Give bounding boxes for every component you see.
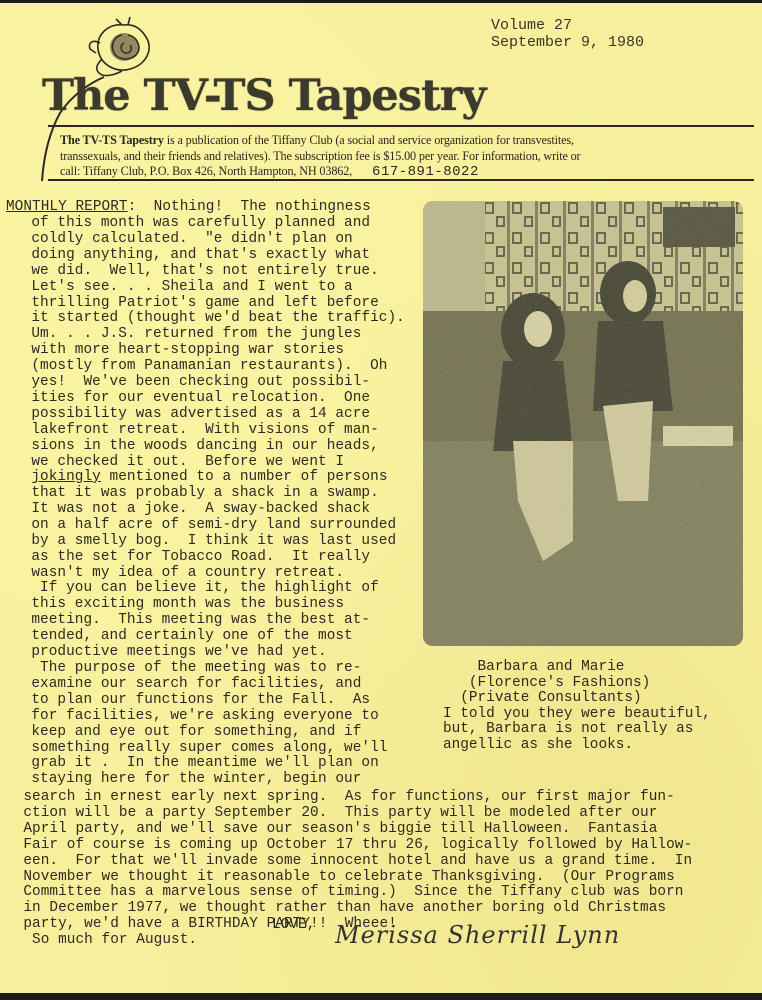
- article-line: staying here for the winter, begin our: [14, 772, 396, 788]
- article-line: that it was probably a shack in a swamp.: [14, 486, 396, 502]
- article-line: keep and eye out for something, and if: [14, 725, 396, 741]
- article-opening: : Nothing! The nothingness: [128, 199, 371, 215]
- article-column-2: that it was probably a shack in a swamp.…: [14, 486, 396, 788]
- jokingly-word: jokingly: [31, 469, 101, 485]
- scan-edge: [0, 993, 762, 1000]
- issue-date: September 9, 1980: [491, 34, 644, 51]
- photo-caption: Barbara and Marie (Florence's Fashions) …: [443, 660, 711, 753]
- article-line: doing anything, and that's exactly what: [14, 248, 405, 264]
- article-line: The purpose of the meeting was to re-: [14, 661, 396, 677]
- article-line: Fair of course is coming up October 17 t…: [6, 838, 692, 854]
- masthead-title: The TV-TS Tapestry: [42, 71, 485, 121]
- article-line: April party, and we'll save our season's…: [6, 822, 692, 838]
- article-line: this exciting month was the business: [14, 597, 396, 613]
- article-heading: MONTHLY REPORT: [6, 199, 128, 215]
- article-line: It was not a joke. A sway-backed shack: [14, 502, 396, 518]
- publication-info: The TV-TS Tapestry is a publication of t…: [60, 133, 760, 181]
- info-line-3: call: Tiffany Club, P.O. Box 426, North …: [60, 164, 352, 178]
- article-line: examine our search for facilities, and: [14, 677, 396, 693]
- article-line: coldly calculated. "e didn't plan on: [14, 232, 405, 248]
- article-line: een. For that we'll invade some innocent…: [6, 854, 692, 870]
- article-line: thrilling Patriot's game and left before: [14, 296, 405, 312]
- article-line: lakefront retreat. With visions of man-: [14, 423, 405, 439]
- article-line: productive meetings we've had yet.: [14, 645, 396, 661]
- article-line: ities for our eventual relocation. One: [14, 391, 405, 407]
- caption-line: angellic as she looks.: [443, 738, 711, 754]
- article-line: it started (thought we'd beat the traffi…: [14, 311, 405, 327]
- article-line: in December 1977, we thought rather than…: [6, 901, 692, 917]
- article-line: (mostly from Panamanian restaurants). Oh: [14, 359, 405, 375]
- newsletter-page: Volume 27 September 9, 1980 The TV-TS Ta…: [0, 3, 762, 993]
- caption-line: (Florence's Fashions): [443, 676, 711, 692]
- article-jokingly-line: jokingly mentioned to a number of person…: [14, 470, 388, 486]
- article-line: with more heart-stopping war stories: [14, 343, 405, 359]
- article-line: Um. . . J.S. returned from the jungles: [14, 327, 405, 343]
- article-line: grab it . In the meantime we'll plan on: [14, 756, 396, 772]
- publication-name: The TV-TS Tapestry: [60, 133, 164, 147]
- article-line: Committee has a marvelous sense of timin…: [6, 885, 692, 901]
- info-line-1: is a publication of the Tiffany Club (a …: [164, 133, 574, 147]
- closing-love: LOVE,: [272, 918, 315, 934]
- article-first-line: MONTHLY REPORT: Nothing! The nothingness: [6, 200, 371, 216]
- photo-barbara-and-marie: [423, 201, 743, 646]
- signature: Merissa Sherrill Lynn: [335, 921, 620, 949]
- info-line-2: transsexuals, and their friends and rela…: [60, 149, 760, 165]
- article-line: yes! We've been checking out possibil-: [14, 375, 405, 391]
- caption-line: I told you they were beautiful,: [443, 707, 711, 723]
- article-line: November we thought it reasonable to cel…: [6, 870, 692, 886]
- article-line: Let's see. . . Sheila and I went to a: [14, 280, 405, 296]
- article-line: to plan our functions for the Fall. As: [14, 693, 396, 709]
- header-rule-bottom: [48, 179, 754, 181]
- caption-line: but, Barbara is not really as: [443, 722, 711, 738]
- article-line: wasn't my idea of a country retreat.: [14, 566, 396, 582]
- article-line: for facilities, we're asking everyone to: [14, 709, 396, 725]
- volume-number: Volume 27: [491, 17, 572, 34]
- caption-line: (Private Consultants): [443, 691, 711, 707]
- article-line: ction will be a party September 20. This…: [6, 806, 692, 822]
- article-line: meeting. This meeting was the best at-: [14, 613, 396, 629]
- article-line: by a smelly bog. I think it was last use…: [14, 534, 396, 550]
- jokingly-rest: mentioned to a number of persons: [101, 469, 388, 485]
- article-line: sions in the woods dancing in our heads,: [14, 439, 405, 455]
- header-rule-top: [48, 125, 754, 127]
- article-line: tended, and certainly one of the most: [14, 629, 396, 645]
- article-line: we did. Well, that's not entirely true.: [14, 264, 405, 280]
- article-line: If you can believe it, the highlight of: [14, 581, 396, 597]
- article-line: search in ernest early next spring. As f…: [6, 790, 692, 806]
- article-line: possibility was advertised as a 14 acre: [14, 407, 405, 423]
- article-line: of this month was carefully planned and: [14, 216, 405, 232]
- phone-number: 617-891-8022: [372, 164, 479, 180]
- article-column-1: of this month was carefully planned and …: [14, 216, 405, 471]
- article-line: something really super comes along, we'l…: [14, 741, 396, 757]
- article-line: as the set for Tobacco Road. It really: [14, 550, 396, 566]
- caption-line: Barbara and Marie: [443, 660, 711, 676]
- article-line: on a half acre of semi-dry land surround…: [14, 518, 396, 534]
